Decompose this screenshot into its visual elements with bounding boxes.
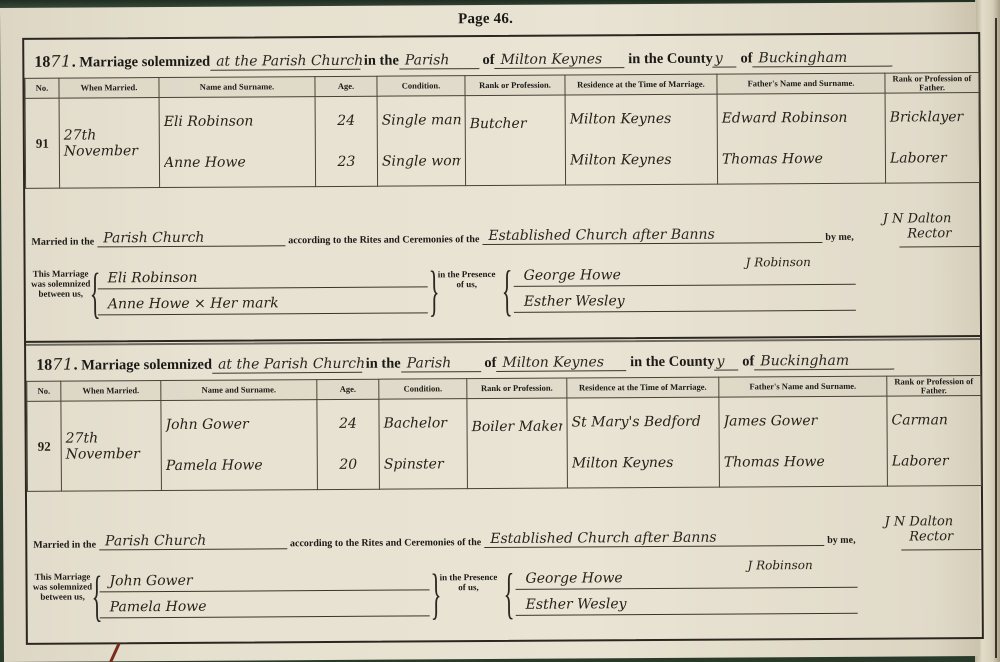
ages-cell: 2423 [315,96,378,186]
label-in-presence: in the Presence of us, [438,269,496,290]
place-field: at the Parish Church [212,356,362,373]
bride-age: 23 [337,154,355,170]
names-cell: Eli RobinsonAnne Howe [159,97,316,188]
parish-field: Parish [401,356,481,373]
witness-2: Esther Wesley [516,592,858,616]
label-marriage-solemnized: Marriage solemnized [79,54,210,72]
groom-rank: Boiler Maker [472,419,563,436]
father-name-cell: James GowerThomas Howe [719,396,888,487]
facing-page-border [995,18,997,658]
col-father-name: Father's Name and Surname. [719,376,887,397]
married-in-field: Parish Church [97,230,285,248]
col-father-rank: Rank or Profession of Father. [887,376,981,397]
groom-father: Edward Robinson [722,110,881,127]
date-value: 27th November [64,127,138,159]
col-age: Age. [315,76,377,96]
officiant-title: Rector [833,530,953,546]
entry-year: 1871. [36,355,77,375]
col-name: Name and Surname. [161,380,317,401]
father-rank-cell: BricklayerLaborer [885,93,980,184]
label-in-the: in the [364,53,399,70]
label-married-in: Married in the [31,236,94,247]
groom-father-rank: Carman [891,412,976,429]
bride-name: Anne Howe [164,154,311,171]
names-cell: John GowerPamela Howe [161,400,318,491]
bride-residence: Milton Keynes [572,455,715,472]
parish-field: Parish [399,53,479,70]
marriage-entry-91: 1871. Marriage solemnized at the Parish … [22,32,982,346]
col-when-married: When Married. [61,381,161,402]
col-rank: Rank or Profession. [467,378,567,399]
condition-cell: BachelorSpinster [379,399,468,490]
entry-number: 92 [27,401,62,491]
label-this-marriage: This Marriage was solemnized between us, [30,269,92,299]
place-field: at the Parish Church [210,53,360,70]
married-in-field: Parish Church [99,533,287,551]
groom-name: Eli Robinson [164,113,311,130]
county-field: Buckingham [754,353,894,370]
col-name: Name and Surname. [159,77,315,98]
when-married: 27th November [61,401,162,492]
ink-stain [106,643,120,662]
officiant-title: Rector [831,227,951,243]
groom-age: 24 [337,113,355,129]
label-of-county: of [742,353,754,370]
label-marriage-solemnized: Marriage solemnized [81,357,212,375]
year-suffix: 71 [50,52,71,71]
rank-cell: Butcher [465,95,566,186]
rank-cell: Boiler Maker [467,398,568,489]
bride-name: Pamela Howe [166,457,313,474]
groom-residence: Milton Keynes [570,111,713,128]
col-condition: Condition. [377,76,465,97]
entry-heading: 1871. Marriage solemnized at the Parish … [26,337,980,381]
parish-name-field: Milton Keynes [496,355,626,372]
bride-signature: Anne Howe × Her mark [98,291,428,315]
col-father-name: Father's Name and Surname. [717,73,885,94]
table-row: 91 27th November Eli RobinsonAnne Howe 2… [25,93,980,189]
label-in-the: in the [366,356,401,373]
residence-cell: St Mary's BedfordMilton Keynes [567,397,720,488]
date-value: 27th November [66,430,140,462]
col-no: No. [27,381,61,401]
year-prefix: 18 [36,357,52,374]
bride-father-rank: Laborer [892,453,977,470]
entry-heading: 1871. Marriage solemnized at the Parish … [24,34,978,78]
col-age: Age. [317,379,379,399]
county-suffix: y [715,354,739,371]
officiant-line [899,246,979,247]
groom-signature: John Gower [99,568,429,592]
parish-name-field: Milton Keynes [495,52,625,69]
witness-3: J Robinson [747,558,812,572]
ages-cell: 2420 [317,399,380,489]
table-row: 92 27th November John GowerPamela Howe 2… [27,396,982,492]
bride-rank [470,165,561,166]
bride-father-rank: Laborer [890,150,975,167]
father-name-cell: Edward RobinsonThomas Howe [717,93,886,184]
groom-signature: Eli Robinson [98,265,428,289]
bride-father: Thomas Howe [724,454,883,471]
condition-cell: Single manSingle woman [377,96,466,187]
groom-rank: Butcher [470,116,561,133]
label-county: in the County [628,51,713,69]
col-residence: Residence at the Time of Marriage. [567,377,719,398]
groom-condition: Single man [382,112,461,128]
entry-table: No. When Married. Name and Surname. Age.… [24,72,980,189]
label-according-to: according to the Rites and Ceremonies of… [288,234,479,246]
bride-condition: Single woman [382,153,461,169]
label-of-county: of [740,50,752,67]
when-married: 27th November [59,98,160,189]
year-prefix: 18 [34,54,50,71]
signatures-section: This Marriage was solemnized between us,… [26,258,980,328]
groom-name: John Gower [166,416,313,433]
groom-age: 24 [339,416,357,432]
entry-number: 91 [25,98,60,188]
col-residence: Residence at the Time of Marriage. [565,74,717,95]
rites-field: Established Church after Banns [482,227,822,245]
page-title: Page 46. [458,11,513,28]
bride-condition: Spinster [384,456,463,472]
col-father-rank: Rank or Profession of Father. [885,73,979,94]
bride-father: Thomas Howe [722,151,881,168]
year-suffix: 71 [52,355,73,374]
marriage-entry-92: 1871. Marriage solemnized at the Parish … [24,335,984,645]
entry-table: No. When Married. Name and Surname. Age.… [26,375,982,492]
label-of: of [484,355,496,372]
label-county: in the County [630,354,715,372]
witness-3: J Robinson [746,255,811,269]
brace-left-icon: { [502,263,513,319]
groom-father: James Gower [723,413,882,430]
entry-year: 1871. [34,52,75,72]
label-married-in: Married in the [33,539,96,550]
bride-residence: Milton Keynes [570,152,713,169]
groom-father-rank: Bricklayer [890,109,975,126]
signatures-section: This Marriage was solemnized between us,… [27,561,981,631]
county-suffix: y [713,51,737,68]
father-rank-cell: CarmanLaborer [887,396,982,487]
bride-rank [472,468,563,469]
bride-age: 20 [339,457,357,473]
label-according-to: according to the Rites and Ceremonies of… [290,537,481,549]
col-no: No. [25,78,59,98]
witness-2: Esther Wesley [514,289,856,313]
brace-left-icon: { [503,566,514,622]
county-field: Buckingham [752,50,892,67]
residence-cell: Milton KeynesMilton Keynes [565,94,718,185]
groom-condition: Bachelor [383,415,462,431]
groom-residence: St Mary's Bedford [571,414,714,431]
label-of: of [482,52,494,69]
bride-signature: Pamela Howe [100,594,430,618]
officiant-signature: J N Dalton Rector [831,212,951,243]
officiant-signature: J N Dalton Rector [833,515,953,546]
col-condition: Condition. [379,379,467,400]
col-rank: Rank or Profession. [465,75,565,96]
register-page: Page 46. 1871. Marriage solemnized at th… [0,2,980,662]
rites-field: Established Church after Banns [484,530,824,548]
officiant-line [901,549,981,550]
label-in-presence: in the Presence of us, [439,572,497,593]
col-when-married: When Married. [59,78,159,99]
label-this-marriage: This Marriage was solemnized between us, [31,572,93,602]
